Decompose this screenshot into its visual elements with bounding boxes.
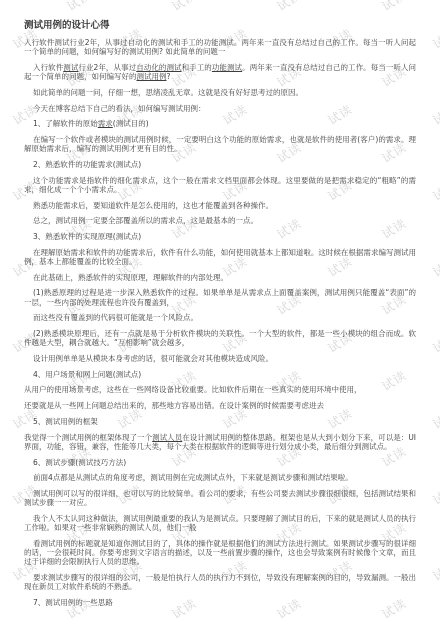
inline-link[interactable]: 测试用例 (137, 72, 167, 81)
text-segment: (测试目的) (113, 119, 149, 128)
section-heading: 2、熟悉软件的功能需求(测试点) (24, 160, 416, 169)
text-segment: 测试用例可以写的很详细，也可以写的比较简单。看公司的要求，有些公司要去测试步骤很… (24, 489, 416, 507)
inline-link[interactable]: 自动化的测试 (136, 63, 181, 72)
page-title: 测试用例的设计心得 (24, 17, 416, 31)
paragraph: 我觉得一个测试用例的框架体现了一个测试人员在设计测试用例的整体思路。框架也是从大… (24, 433, 416, 452)
paragraph: 熟悉功能需求后，要知道软件是怎么使用的，这也才能覆盖到各种操作。 (24, 201, 416, 210)
text-segment: 3、熟悉软件的实现原理(测试点) (33, 232, 141, 241)
section-heading: 3、熟悉软件的实现原理(测试点) (24, 232, 416, 241)
text-segment: 要求测试步骤写的很详细的公司，一般是怕执行人员的执行力不到位，导致没有理解案例的… (24, 573, 416, 591)
paragraph: 设计用例单单是从模块本身考虑的话，很可能就会对其他模块造成风险。 (24, 354, 416, 363)
paragraph: 看测试用例的标题就是知道你测试目的了，具体的操作就是根据他们的测试方法进行测试。… (24, 539, 416, 567)
text-segment: (1)熟悉原理的过程是进一步深入熟悉软件的过程。如果单单是从需求点上面覆盖案例，… (24, 288, 416, 306)
paragraph: 这个功能需求是指软件的细化需求点，这个一般在需求文档里面都会体现。这里要做的是把… (24, 176, 416, 195)
text-segment: 前面4点都是从测试点的角度考虑，测试用例在完成测试点外，下来就是测试步骤和测试结… (33, 473, 353, 482)
document-body: 入行软件测试行业2年，从事过自动化的测试和手工的功能测试。两年来一直没有总结过自… (24, 38, 416, 607)
inline-link[interactable]: 测试人员 (152, 433, 182, 442)
text-segment: 今天在博客总结下自己的看法，如何编写测试用例： (33, 104, 206, 113)
section-heading: 5、测试用例的框架 (24, 417, 416, 426)
text-segment: 我觉得一个测试用例的框架体现了一个 (24, 433, 152, 442)
paragraph: 在此基础上，熟悉软件的实现原理，理解软件的内部处理。 (24, 273, 416, 282)
text-segment: 入行软件 (33, 63, 63, 72)
paragraph: 我个人不太认同这种做法，测试用例最重要的我认为是测试点。只要理解了测试目的后，下… (24, 514, 416, 533)
text-segment: (2)熟悉模块原理后，还有一点就是易于分析软件模块的关联性。一个大型的软件，都是… (24, 329, 416, 347)
paragraph: 今天在博客总结下自己的看法，如何编写测试用例： (24, 104, 416, 113)
text-segment: 和手工的 (182, 63, 212, 72)
paragraph: (2)熟悉模块原理后，还有一点就是易于分析软件模块的关联性。一个大型的软件，都是… (24, 329, 416, 348)
paragraph: 要求测试步骤写的很详细的公司，一般是怕执行人员的执行力不到位，导致没有理解案例的… (24, 573, 416, 592)
text-segment: 在理解原始需求和软件的功能需求后，软件有什么功能，如何使用就基本上都知道啦。这时… (24, 248, 416, 266)
section-heading: 4、用户场景和网上问题(测试点) (24, 370, 416, 379)
paragraph: 还要就是从一些网上问题总结出来的，那些地方容易出错。在设计案例的时候需要考虑进去 (24, 401, 416, 410)
text-segment: 在编写一个软件或者模块的测试用例时候，一定要明白这个功能的原始需求，也就是软件的… (24, 135, 416, 153)
text-segment: 我个人不太认同这种做法，测试用例最重要的我认为是测试点。只要理解了测试目的后，下… (24, 514, 416, 532)
document-page: 试读试读试读试读试读试读试读试读试读试读试读试读试读试读试读试读试读试读试读试读… (0, 0, 440, 620)
section-heading: 7、测试用例的一些思路 (24, 598, 416, 607)
text-segment: 行业2年，从事过 (78, 63, 136, 72)
inline-link[interactable]: 功能测试 (212, 63, 242, 72)
paragraph: 在编写一个软件或者模块的测试用例时候，一定要明白这个功能的原始需求，也就是软件的… (24, 135, 416, 154)
text-segment: ? (167, 72, 171, 81)
paragraph: 而这些没有覆盖到的代码很可能就是一个风险点。 (24, 313, 416, 322)
inline-link[interactable]: 测试 (63, 63, 78, 72)
text-segment: 5、测试用例的框架 (33, 417, 98, 426)
text-segment: 如此简单的问题一问，仔细一想，思绪凌乱无章。这就是没有好好思考过的原因。 (33, 88, 303, 97)
text-segment: 而这些没有覆盖到的代码很可能就是一个风险点。 (33, 313, 198, 322)
text-segment: 这个功能需求是指软件的细化需求点，这个一般在需求文档里面都会体现。这里要做的是把… (24, 176, 416, 194)
paragraph: 总之，测试用例一定要全部覆盖所以的需求点，这是最基本的一点。 (24, 216, 416, 225)
text-segment: 在此基础上，熟悉软件的实现原理，理解软件的内部处理。 (33, 273, 228, 282)
text-segment: 看测试用例的标题就是知道你测试目的了，具体的操作就是根据他们的测试方法进行测试。… (24, 539, 416, 567)
paragraph: 测试用例可以写的很详细，也可以写的比较简单。看公司的要求，有些公司要去测试步骤很… (24, 489, 416, 508)
paragraph: 在理解原始需求和软件的功能需求后，软件有什么功能，如何使用就基本上都知道啦。这时… (24, 248, 416, 267)
text-segment: 设计用例单单是从模块本身考虑的话，很可能就会对其他模块造成风险。 (33, 354, 273, 363)
inline-link[interactable]: 需求 (98, 119, 113, 128)
text-segment: 1、了解软件的原始 (33, 119, 98, 128)
text-segment: 从用户的使用场景考虑，这些在一些网络设备比较重要。比如软件后期在一些真实的使用环… (24, 385, 362, 394)
paragraph: 入行软件测试行业2年，从事过自动化的测试和手工的功能测试。两年来一直没有总结过自… (24, 63, 416, 82)
paragraph: 前面4点都是从测试点的角度考虑，测试用例在完成测试点外，下来就是测试步骤和测试结… (24, 473, 416, 482)
text-segment: 入行软件测试行业2年，从事过自动化的测试和手工的功能测试。两年来一直没有总结过自… (24, 38, 416, 56)
text-segment: 总之，测试用例一定要全部覆盖所以的需求点，这是最基本的一点。 (33, 216, 258, 225)
text-segment: 4、用户场景和网上问题(测试点) (33, 370, 141, 379)
paragraph: 入行软件测试行业2年，从事过自动化的测试和手工的功能测试。两年来一直没有总结过自… (24, 38, 416, 57)
text-segment: 7、测试用例的一些思路 (33, 598, 113, 607)
section-heading: 1、了解软件的原始需求(测试目的) (24, 119, 416, 128)
text-segment: 6、测试步骤(测试技巧方法) (33, 458, 126, 467)
text-segment: 2、熟悉软件的功能需求(测试点) (33, 160, 141, 169)
paragraph: 从用户的使用场景考虑，这些在一些网络设备比较重要。比如软件后期在一些真实的使用环… (24, 385, 416, 394)
paragraph: 如此简单的问题一问，仔细一想，思绪凌乱无章。这就是没有好好思考过的原因。 (24, 88, 416, 97)
section-heading: 6、测试步骤(测试技巧方法) (24, 458, 416, 467)
text-segment: 还要就是从一些网上问题总结出来的，那些地方容易出错。在设计案例的时候需要考虑进去 (24, 401, 324, 410)
document-content: 测试用例的设计心得 入行软件测试行业2年，从事过自动化的测试和手工的功能测试。两… (0, 0, 440, 607)
paragraph: (1)熟悉原理的过程是进一步深入熟悉软件的过程。如果单单是从需求点上面覆盖案例，… (24, 288, 416, 307)
text-segment: 熟悉功能需求后，要知道软件是怎么使用的，这也才能覆盖到各种操作。 (33, 201, 273, 210)
